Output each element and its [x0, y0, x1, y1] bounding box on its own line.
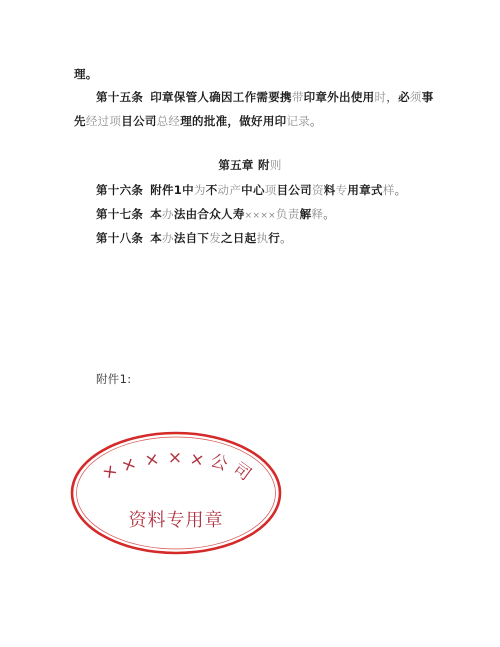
seal-arc-char: 公	[208, 451, 231, 476]
text-segment: 本	[150, 231, 162, 245]
attachment-label-text: 附件1:	[96, 372, 131, 386]
article-17: 第十七条本办法由合众人寿××××负责解释。	[96, 206, 335, 224]
text-segment: 印章保管人确因工作需要携	[150, 90, 292, 104]
text-segment: 总经	[157, 114, 181, 128]
text-segment: 为	[194, 183, 206, 197]
text-segment: 记录	[286, 114, 310, 128]
text-segment: ××××	[245, 211, 276, 221]
seal-arc-char: ×	[143, 449, 161, 471]
text-segment: 办	[162, 207, 174, 221]
text-segment: 先	[74, 114, 86, 128]
company-seal-stamp: × × × × × 公 司 资料专用章	[68, 429, 284, 557]
text-segment: 。	[323, 207, 335, 221]
article-18-label: 第十八条	[96, 231, 143, 245]
text-segment: 料	[324, 183, 336, 197]
seal-arc-char: ×	[168, 448, 182, 468]
text-segment: 释	[311, 207, 323, 221]
seal-center-text: 资料专用章	[129, 510, 224, 531]
continuation-segment: 理。	[74, 67, 98, 81]
chapter-heading: 第五章 附则	[0, 157, 500, 173]
article-17-label: 第十七条	[96, 207, 143, 221]
text-segment: 法由合众人寿	[174, 207, 245, 221]
seal-arc-char: ×	[188, 449, 206, 471]
text-segment: 发	[209, 231, 221, 245]
chapter-heading-light: 则	[270, 158, 282, 172]
text-segment: 。	[395, 183, 407, 197]
text-segment: 。	[280, 231, 292, 245]
text-segment: 动产	[218, 183, 242, 197]
article-16-label: 第十六条	[96, 183, 143, 197]
seal-arc-text: × × × × × 公 司	[98, 448, 255, 485]
article-15-label: 第十五条	[96, 90, 143, 104]
text-segment: 办	[162, 231, 174, 245]
article-15-line-2: 先经过项目公司总经理的批准，做好用印记录。	[74, 113, 322, 129]
seal-arc-char: 司	[229, 459, 255, 485]
text-segment: 必	[398, 90, 410, 104]
text-segment: ，	[386, 90, 398, 104]
text-segment: 事	[422, 90, 434, 104]
attachment-label: 附件1:	[96, 371, 131, 387]
text-segment: 理的批准，做好用印	[180, 114, 286, 128]
seal-arc-char: ×	[118, 453, 139, 477]
text-segment: 执	[256, 231, 268, 245]
text-segment: 须	[410, 90, 422, 104]
text-segment: 。	[310, 114, 322, 128]
text-segment: 负责	[276, 207, 300, 221]
text-segment: 本	[150, 207, 162, 221]
text-segment: 项	[265, 183, 277, 197]
text-segment: 不	[206, 183, 218, 197]
text-segment: 行	[268, 231, 280, 245]
text-segment: 解	[300, 207, 312, 221]
article-16: 第十六条附件1中为不动产中心项目公司资料专用章式样。	[96, 182, 406, 198]
text-segment: 时	[374, 90, 386, 104]
text-segment: 资	[312, 183, 324, 197]
text-segment: 印章外出使用	[304, 90, 375, 104]
text-segment: 用章式	[347, 183, 382, 197]
seal-graphic: × × × × × 公 司 资料专用章	[68, 429, 284, 557]
text-segment: 经过项	[86, 114, 121, 128]
text-segment: 专	[336, 183, 348, 197]
text-segment: 之日起	[221, 231, 256, 245]
chapter-heading-bold: 第五章 附	[218, 158, 270, 172]
text-segment: 法自下	[174, 231, 209, 245]
text-segment: 附件1中	[150, 183, 194, 197]
text-segment: 带	[292, 90, 304, 104]
article-18: 第十八条本办法自下发之日起执行。	[96, 230, 292, 246]
text-segment: 目公司	[277, 183, 312, 197]
seal-arc-char: ×	[98, 460, 122, 485]
article-15-line-1: 第十五条印章保管人确因工作需要携带印章外出使用时，必须事	[96, 89, 434, 105]
continuation-text: 理。	[74, 66, 98, 82]
text-segment: 样	[383, 183, 395, 197]
text-segment: 中心	[241, 183, 265, 197]
text-segment: 目公司	[121, 114, 156, 128]
